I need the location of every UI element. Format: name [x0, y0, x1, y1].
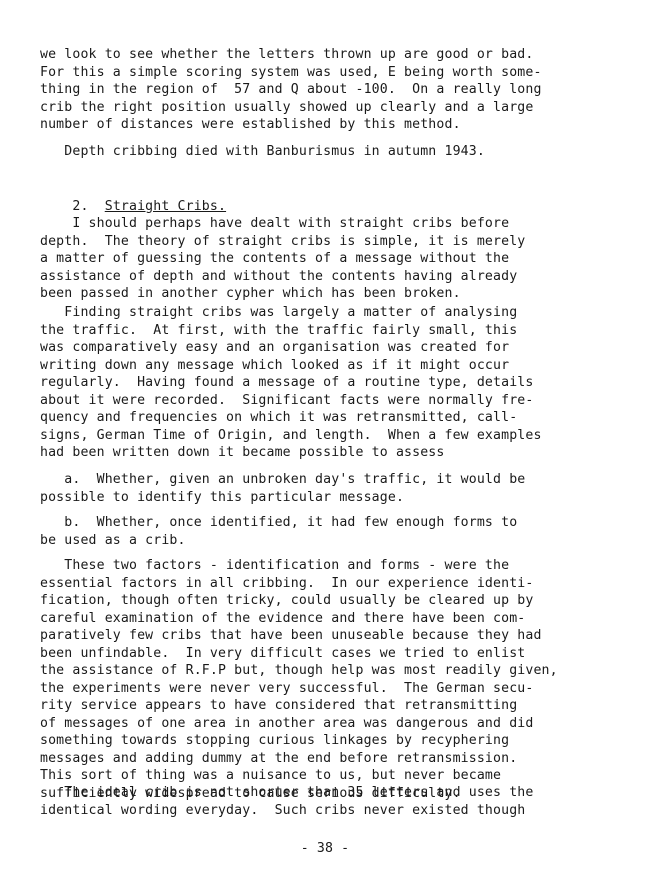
paragraph-ideal-crib: The ideal crib is not shorter than 35 le…	[40, 784, 533, 819]
text-line: the assistance of R.F.P but, though help…	[40, 662, 558, 680]
paragraph-straight-cribs-theory: I should perhaps have dealt with straigh…	[40, 215, 525, 303]
text-line: This sort of thing was a nuisance to us,…	[40, 767, 558, 785]
paragraph-depth-cribbing-end: Depth cribbing died with Banburismus in …	[40, 143, 485, 161]
text-line: signs, German Time of Origin, and length…	[40, 427, 542, 445]
text-line: thing in the region of 57 and Q about -1…	[40, 81, 542, 99]
text-line: b. Whether, once identified, it had few …	[40, 514, 517, 532]
document-page: we look to see whether the letters throw…	[0, 0, 650, 892]
text-line: paratively few cribs that have been unus…	[40, 627, 558, 645]
text-line: depth. The theory of straight cribs is s…	[40, 233, 525, 251]
text-line: For this a simple scoring system was use…	[40, 64, 542, 82]
paragraph-bad-scoring: we look to see whether the letters throw…	[40, 46, 542, 134]
paragraph-point-a: a. Whether, given an unbroken day's traf…	[40, 471, 525, 506]
text-line: the traffic. At first, with the traffic …	[40, 322, 542, 340]
text-line: been passed in another cypher which has …	[40, 285, 525, 303]
text-line: of messages of one area in another area …	[40, 715, 558, 733]
text-line: Depth cribbing died with Banburismus in …	[40, 143, 485, 161]
text-line: was comparatively easy and an organisati…	[40, 339, 542, 357]
text-line: number of distances were established by …	[40, 116, 542, 134]
text-line: be used as a crib.	[40, 532, 517, 550]
text-line: assistance of depth and without the cont…	[40, 268, 525, 286]
paragraph-two-factors: These two factors - identification and f…	[40, 557, 558, 802]
text-line: These two factors - identification and f…	[40, 557, 558, 575]
text-line: essential factors in all cribbing. In ou…	[40, 575, 558, 593]
section-number: 2.	[72, 199, 88, 214]
text-line: I should perhaps have dealt with straigh…	[40, 215, 525, 233]
text-line: something towards stopping curious linka…	[40, 732, 558, 750]
text-line: about it were recorded. Significant fact…	[40, 392, 542, 410]
page-number: - 38 -	[0, 841, 650, 856]
text-line: identical wording everyday. Such cribs n…	[40, 802, 533, 820]
text-line: quency and frequencies on which it was r…	[40, 409, 542, 427]
text-line: fication, though often tricky, could usu…	[40, 592, 558, 610]
text-line: writing down any message which looked as…	[40, 357, 542, 375]
text-line: had been written down it became possible…	[40, 444, 542, 462]
text-line: a. Whether, given an unbroken day's traf…	[40, 471, 525, 489]
paragraph-finding-cribs: Finding straight cribs was largely a mat…	[40, 304, 542, 462]
paragraph-point-b: b. Whether, once identified, it had few …	[40, 514, 517, 549]
text-line: rity service appears to have considered …	[40, 697, 558, 715]
text-line: possible to identify this particular mes…	[40, 489, 525, 507]
text-line: the experiments were never very successf…	[40, 680, 558, 698]
text-line: The ideal crib is not shorter than 35 le…	[40, 784, 533, 802]
text-line: messages and adding dummy at the end bef…	[40, 750, 558, 768]
text-line: a matter of guessing the contents of a m…	[40, 250, 525, 268]
text-line: careful examination of the evidence and …	[40, 610, 558, 628]
text-line: crib the right position usually showed u…	[40, 99, 542, 117]
text-line: Finding straight cribs was largely a mat…	[40, 304, 542, 322]
text-line: we look to see whether the letters throw…	[40, 46, 542, 64]
text-line: regularly. Having found a message of a r…	[40, 374, 542, 392]
text-line: been unfindable. In very difficult cases…	[40, 645, 558, 663]
section-title: Straight Cribs.	[105, 199, 226, 214]
